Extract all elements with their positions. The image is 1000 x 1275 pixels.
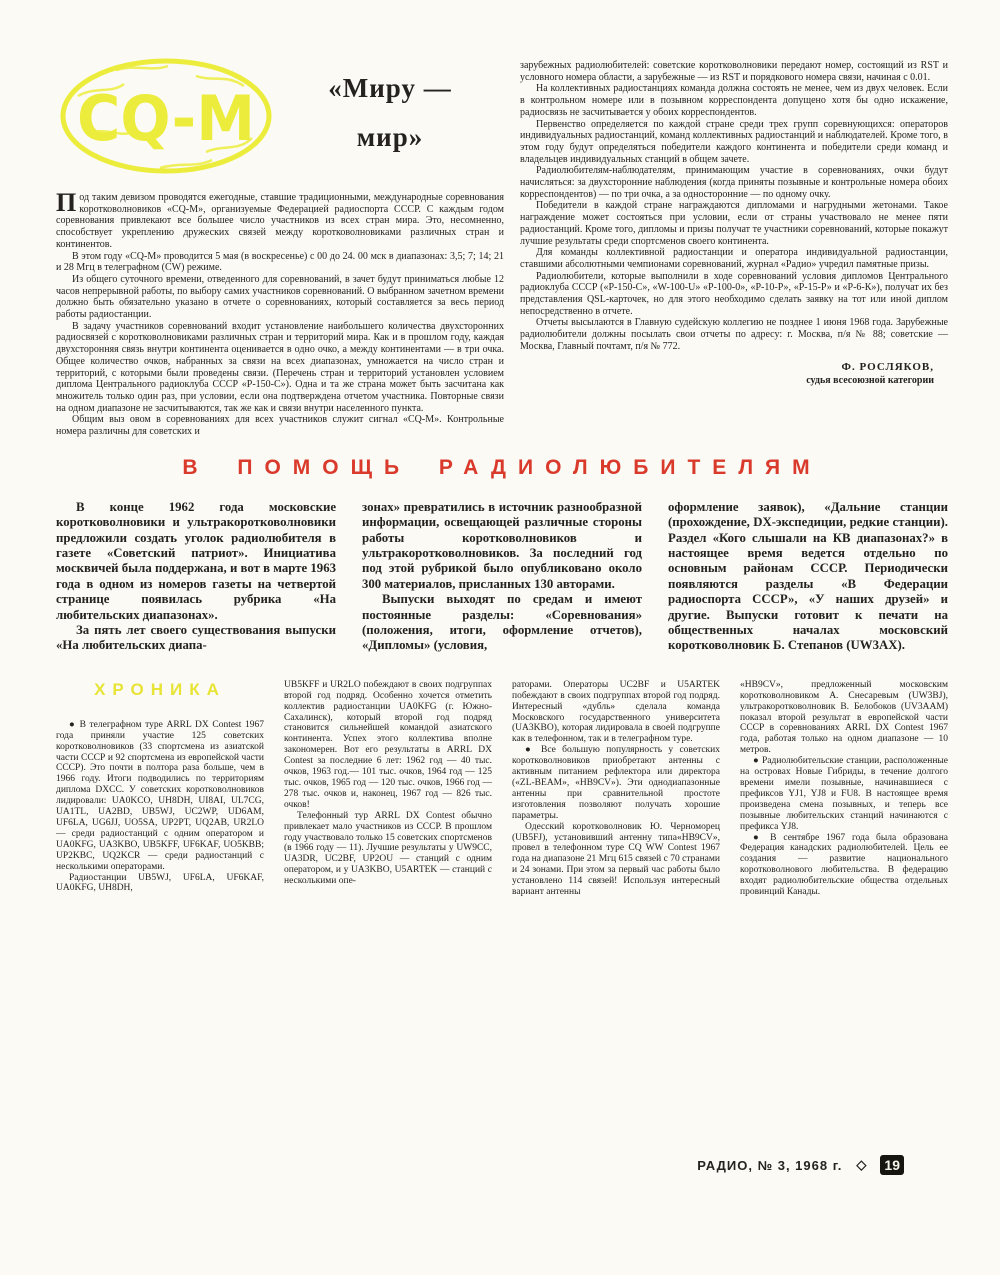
article-paragraph: В этом году «CQ-M» проводится 5 мая (в в… bbox=[56, 251, 504, 274]
article-paragraph: Радиолюбители, которые выполнили в ходе … bbox=[520, 271, 948, 318]
chronicle-column-1: ХРОНИКА ● В телеграфном туре ARRL DX Con… bbox=[56, 680, 264, 898]
chronicle-column-1-text: ● В телеграфном туре ARRL DX Contest 196… bbox=[56, 720, 264, 895]
chronicle-paragraph: ● Все большую популярность у советских к… bbox=[512, 745, 720, 821]
top-article-left-column: CQ-M «Миру — мир» Под таким девизом пров… bbox=[56, 56, 504, 438]
article-paragraph: На коллективных радиостанциях команда до… bbox=[520, 83, 948, 118]
chronicle-column-4: «HB9CV», предложенный московским коротко… bbox=[740, 680, 948, 898]
chronicle-column-3: раторами. Операторы UC2BF и U5ARTEK побе… bbox=[512, 680, 720, 898]
top-article: CQ-M «Миру — мир» Под таким девизом пров… bbox=[56, 56, 948, 438]
article-paragraph: В задачу участников соревнований входит … bbox=[56, 321, 504, 415]
help-column-1: В конце 1962 года московские коротковолн… bbox=[56, 500, 336, 654]
chronicle-paragraph: ● В телеграфном туре ARRL DX Contest 196… bbox=[56, 720, 264, 873]
help-paragraph: зонах» превратились в источник разнообра… bbox=[362, 500, 642, 592]
cq-m-contest-logo: CQ-M bbox=[56, 56, 276, 183]
help-paragraph: В конце 1962 года московские коротковолн… bbox=[56, 500, 336, 623]
help-paragraph: Выпуски выходят по средам и имеют постоя… bbox=[362, 592, 642, 654]
chronicle-paragraph: Телефонный тур ARRL DX Contest обычно пр… bbox=[284, 811, 492, 887]
top-article-right-column: зарубежных радиолюбителей: советские кор… bbox=[520, 56, 948, 438]
article-paragraph: Победители в каждой стране награждаются … bbox=[520, 200, 948, 247]
journal-issue-label: РАДИО, № 3, 1968 г. bbox=[697, 1158, 842, 1173]
article-right-text: зарубежных радиолюбителей: советские кор… bbox=[520, 60, 948, 353]
diamond-icon: ◇ bbox=[856, 1157, 866, 1173]
chronicle-paragraph: Одесский коротковолновик Ю. Черноморец (… bbox=[512, 822, 720, 898]
article-paragraph: Под таким девизом проводятся ежегодные, … bbox=[56, 192, 504, 251]
chronicle-section: ХРОНИКА ● В телеграфном туре ARRL DX Con… bbox=[56, 680, 948, 898]
article-paragraph: Для команды коллективной радиостанции и … bbox=[520, 247, 948, 270]
chronicle-paragraph: ● В сентябре 1967 года была образована Ф… bbox=[740, 833, 948, 898]
article-paragraph: Радиолюбителям-наблюдателям, принимающим… bbox=[520, 165, 948, 200]
article-paragraph: Из общего суточного времени, отведенного… bbox=[56, 274, 504, 321]
section-heading-help: В ПОМОЩЬ РАДИОЛЮБИТЕЛЯМ bbox=[56, 456, 948, 480]
chronicle-paragraph: раторами. Операторы UC2BF и U5ARTEK побе… bbox=[512, 680, 720, 745]
chronicle-paragraph: ● Радиолюбительские станции, расположенн… bbox=[740, 756, 948, 832]
article-paragraph: Отчеты высылаются в Главную судейскую ко… bbox=[520, 317, 948, 352]
article-paragraph: Общим выз овом в соревнованиях для всех … bbox=[56, 414, 504, 437]
article-paragraph: Первенство определяется по каждой стране… bbox=[520, 119, 948, 166]
chronicle-paragraph: «HB9CV», предложенный московским коротко… bbox=[740, 680, 948, 756]
svg-text:CQ-M: CQ-M bbox=[77, 82, 255, 155]
magazine-page: CQ-M «Миру — мир» Под таким девизом пров… bbox=[0, 0, 1000, 1275]
section-heading-chronicle: ХРОНИКА bbox=[56, 680, 264, 700]
page-footer: РАДИО, № 3, 1968 г. ◇ 19 bbox=[697, 1155, 904, 1175]
help-paragraph: оформление заявок), «Дальние станции (пр… bbox=[668, 500, 948, 654]
article-title-line2: мир» bbox=[276, 113, 504, 162]
signature-role: судья всесоюзной категории bbox=[520, 375, 934, 386]
help-column-3: оформление заявок), «Дальние станции (пр… bbox=[668, 500, 948, 654]
article-title-line1: «Миру — bbox=[276, 64, 504, 113]
signature-name: Ф. РОСЛЯКОВ, bbox=[520, 361, 934, 373]
page-number-badge: 19 bbox=[880, 1155, 904, 1175]
top-article-header: CQ-M «Миру — мир» bbox=[56, 56, 504, 180]
article-signature: Ф. РОСЛЯКОВ, судья всесоюзной категории bbox=[520, 361, 948, 386]
help-paragraph: За пять лет своего существования выпуски… bbox=[56, 623, 336, 654]
article-title: «Миру — мир» bbox=[276, 56, 504, 162]
help-article: В конце 1962 года московские коротковолн… bbox=[56, 500, 948, 654]
chronicle-paragraph: UB5KFF и UR2LO побеждают в своих подгруп… bbox=[284, 680, 492, 811]
help-column-2: зонах» превратились в источник разнообра… bbox=[362, 500, 642, 654]
article-paragraph: зарубежных радиолюбителей: советские кор… bbox=[520, 60, 948, 83]
chronicle-paragraph: Радиостанции UB5WJ, UF6LA, UF6KAF, UA0KF… bbox=[56, 873, 264, 895]
article-left-text: Под таким девизом проводятся ежегодные, … bbox=[56, 192, 504, 438]
chronicle-column-2: UB5KFF и UR2LO побеждают в своих подгруп… bbox=[284, 680, 492, 898]
globe-oval-icon: CQ-M bbox=[56, 56, 276, 178]
